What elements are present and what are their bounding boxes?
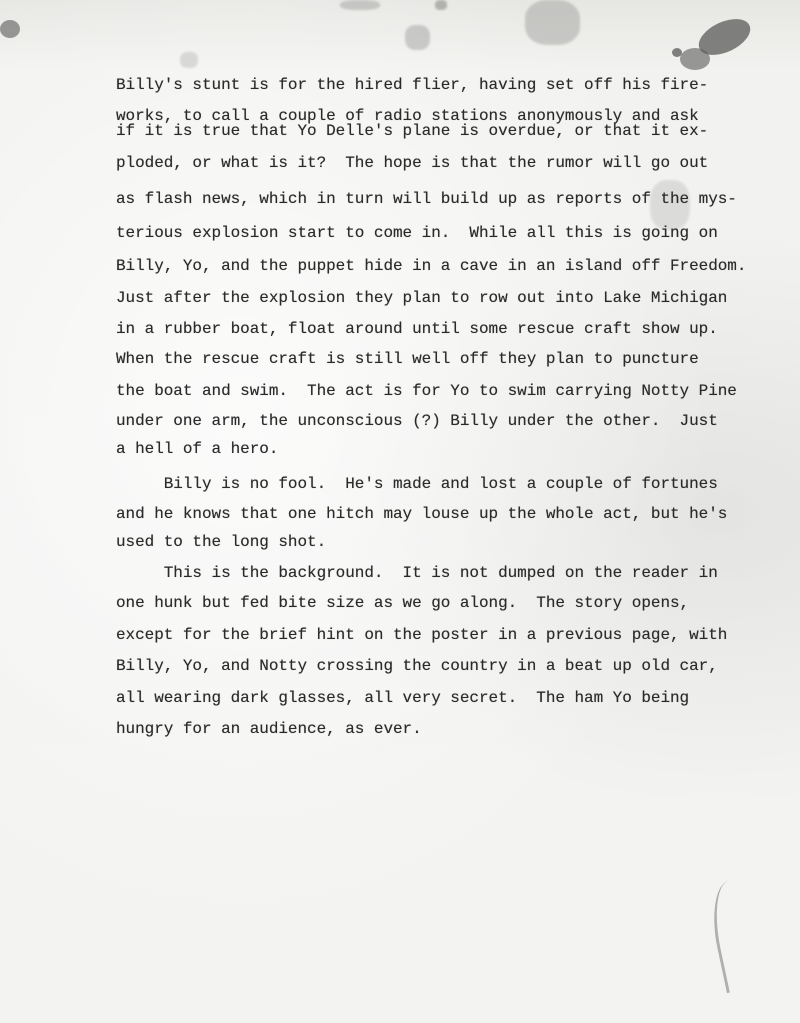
- text-line: Billy, Yo, and the puppet hide in a cave…: [116, 257, 746, 275]
- text-line: all wearing dark glasses, all very secre…: [116, 689, 689, 707]
- text-line: Just after the explosion they plan to ro…: [116, 289, 727, 307]
- text-line: as flash news, which in turn will build …: [116, 190, 737, 208]
- text-line: the boat and swim. The act is for Yo to …: [116, 382, 737, 400]
- paper-curl-mark: [704, 877, 769, 994]
- text-line: hungry for an audience, as ever.: [116, 720, 422, 738]
- text-line: except for the brief hint on the poster …: [116, 626, 727, 644]
- ink-stain: [672, 48, 682, 57]
- paper-smudge: [435, 0, 447, 10]
- text-line: in a rubber boat, float around until som…: [116, 320, 718, 338]
- text-line: and he knows that one hitch may louse up…: [116, 505, 727, 523]
- paper-smudge: [405, 25, 430, 50]
- paper-smudge: [180, 52, 198, 68]
- text-line: Billy is no fool. He's made and lost a c…: [116, 475, 718, 493]
- text-line: terious explosion start to come in. Whil…: [116, 224, 718, 242]
- text-line: under one arm, the unconscious (?) Billy…: [116, 412, 718, 430]
- text-line: a hell of a hero.: [116, 440, 278, 458]
- text-line: used to the long shot.: [116, 533, 326, 551]
- text-line: Billy's stunt is for the hired flier, ha…: [116, 76, 708, 94]
- text-line: ploded, or what is it? The hope is that …: [116, 154, 708, 172]
- text-line: When the rescue craft is still well off …: [116, 350, 699, 368]
- ink-stain: [0, 20, 20, 38]
- text-line: if it is true that Yo Delle's plane is o…: [116, 122, 708, 140]
- paper-smudge: [525, 0, 580, 45]
- text-line: Billy, Yo, and Notty crossing the countr…: [116, 657, 718, 675]
- text-line: This is the background. It is not dumped…: [116, 564, 718, 582]
- ink-stain: [680, 48, 710, 70]
- document-page: Billy's stunt is for the hired flier, ha…: [0, 0, 800, 1023]
- paper-smudge: [340, 0, 380, 10]
- text-line: one hunk but fed bite size as we go alon…: [116, 594, 689, 612]
